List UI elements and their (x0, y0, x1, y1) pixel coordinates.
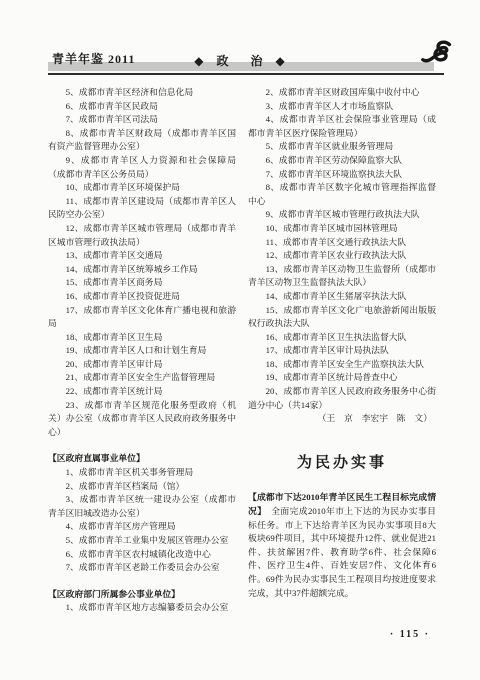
list-item: 2、成都市青羊区档案局（馆） (48, 480, 236, 494)
list-item: 5、成都市青羊区就业服务管理局 (248, 140, 436, 154)
list-item: 16、成都市青羊区卫生执法监督大队 (248, 331, 436, 345)
list-item: 21、成都市青羊区安全生产监督管理局 (48, 371, 236, 385)
list-item: 2、成都市青羊区财政国库集中收付中心 (248, 86, 436, 100)
list-item: 14、成都市青羊区统筹城乡工作局 (48, 263, 236, 277)
list-item: 20、成都市青羊区人民政府政务服务中心街道分中心（共14家） (248, 385, 436, 412)
article-body: 【成都市下达2010年青羊区民生工程目标完成情况】 全面完成2010年市上下达的… (248, 491, 436, 600)
list-item: 10、成都市青羊区城市园林管理局 (248, 222, 436, 236)
list-item: 1、成都市青羊区机关事务管理局 (48, 466, 236, 480)
list-item: 8、成都市青羊区数字化城市管理指挥监督中心 (248, 181, 436, 208)
agency-list-continued: 2、成都市青羊区财政国库集中收付中心3、成都市青羊区人才市场监察队4、成都市青羊… (248, 86, 436, 412)
list-item: 19、成都市青羊区人口和计划生育局 (48, 344, 236, 358)
list-item: 12、成都市青羊区农业行政执法大队 (248, 249, 436, 263)
list-item: 6、成都市青羊区民政局 (48, 100, 236, 114)
list-item: 7、成都市青羊区老龄工作委员会办公室 (48, 561, 236, 575)
list-item: 19、成都市青羊区统计局普查中心 (248, 371, 436, 385)
list-item: 17、成都市青羊区文化体育广播电视和旅游局 (48, 304, 236, 331)
list-item: 15、成都市青羊区文化广电旅游新闻出版版权行政执法大队 (248, 304, 436, 331)
list-item: 20、成都市青羊区审计局 (48, 358, 236, 372)
list-item: 11、成都市青羊区交通行政执法大队 (248, 236, 436, 250)
list-item: 7、成都市青羊区环境监察执法大队 (248, 168, 436, 182)
list-item: 9、成都市青羊区城市管理行政执法大队 (248, 208, 436, 222)
list-item: 12、成都市青羊区城市管理局（成都市青羊区城市管理行政执法局） (48, 222, 236, 249)
yearbook-page: 青羊年鉴 2011 ◆ 政 治 ◆ 5、成都市青羊区经济和信息化局6、成都市青羊… (0, 0, 480, 680)
article-entry-text: 全面完成2010年市上下达的为民办实事目标任务。市上下达给青羊区为民办实事项目8… (248, 506, 436, 598)
list-item: 8、成都市青羊区财政局（成都市青羊区国有资产监督管理办公室） (48, 127, 236, 154)
chapter-banner: ◆ 政 治 ◆ (48, 52, 436, 69)
left-column: 5、成都市青羊区经济和信息化局6、成都市青羊区民政局7、成都市青羊区司法局8、成… (48, 86, 236, 615)
page-header: 青羊年鉴 2011 ◆ 政 治 ◆ (48, 49, 436, 77)
right-column: 2、成都市青羊区财政国库集中收付中心3、成都市青羊区人才市场监察队4、成都市青羊… (248, 86, 436, 615)
section-heading: 【区政府部门所属参公事业单位】 (48, 588, 236, 602)
list-item: 22、成都市青羊区统计局 (48, 385, 236, 399)
list-item: 17、成都市青羊区审计局执法队 (248, 344, 436, 358)
list-item: 9、成都市青羊区人力资源和社会保障局（成都市青羊区公务员局） (48, 154, 236, 181)
list-item: 4、成都市青羊区房产管理局 (48, 520, 236, 534)
list-item: 3、成都市青羊区统一建设办公室（成都市青羊区旧城改造办公室） (48, 493, 236, 520)
section-block-directly-affiliated: 【区政府直属事业单位】 1、成都市青羊区机关事务管理局2、成都市青羊区档案局（馆… (48, 452, 236, 574)
list-item: 16、成都市青羊区投资促进局 (48, 290, 236, 304)
list-item: 1、成都市青羊区地方志编纂委员会办公室 (48, 601, 236, 615)
list-item: 10、成都市青羊区环境保护局 (48, 181, 236, 195)
list-item: 18、成都市青羊区安全生产监察执法大队 (248, 358, 436, 372)
list-item: 23、成都市青羊区规范化服务型政府（机关）办公室（成都市青羊区人民政府政务服务中… (48, 399, 236, 440)
list-item: 3、成都市青羊区人才市场监察队 (248, 100, 436, 114)
article-title: 为民办实事 (248, 457, 436, 471)
agency-list-continued: 5、成都市青羊区经济和信息化局6、成都市青羊区民政局7、成都市青羊区司法局8、成… (48, 86, 236, 439)
list-item: 5、成都市青羊工业集中发展区管理办公室 (48, 534, 236, 548)
directly-affiliated-list: 1、成都市青羊区机关事务管理局2、成都市青羊区档案局（馆）3、成都市青羊区统一建… (48, 466, 236, 575)
list-item: 7、成都市青羊区司法局 (48, 113, 236, 127)
byline: （王 京 李宏宇 陈 文） (248, 412, 436, 426)
list-item: 18、成都市青羊区卫生局 (48, 331, 236, 345)
list-item: 13、成都市青羊区动物卫生监督所（成都市青羊区动物卫生监督执法大队） (248, 263, 436, 290)
header-rule (48, 73, 444, 75)
two-column-body: 5、成都市青羊区经济和信息化局6、成都市青羊区民政局7、成都市青羊区司法局8、成… (48, 86, 436, 615)
list-item: 13、成都市青羊区交通局 (48, 249, 236, 263)
section-block-department-affiliated: 【区政府部门所属参公事业单位】 1、成都市青羊区地方志编纂委员会办公室 (48, 588, 236, 615)
department-affiliated-list: 1、成都市青羊区地方志编纂委员会办公室 (48, 601, 236, 615)
page-number: · 115 · (390, 629, 430, 640)
list-item: 11、成都市青羊区建设局（成都市青羊区人民防空办公室） (48, 195, 236, 222)
list-item: 4、成都市青羊区社会保险事业管理局（成都市青羊区医疗保险管理局） (248, 113, 436, 140)
list-item: 14、成都市青羊区生猪屠宰执法大队 (248, 290, 436, 304)
list-item: 15、成都市青羊区商务局 (48, 276, 236, 290)
list-item: 6、成都市青羊区农村城镇化改造中心 (48, 548, 236, 562)
section-heading: 【区政府直属事业单位】 (48, 452, 236, 466)
ornament-swirl-icon (420, 39, 458, 71)
list-item: 5、成都市青羊区经济和信息化局 (48, 86, 236, 100)
list-item: 6、成都市青羊区劳动保障监察大队 (248, 154, 436, 168)
